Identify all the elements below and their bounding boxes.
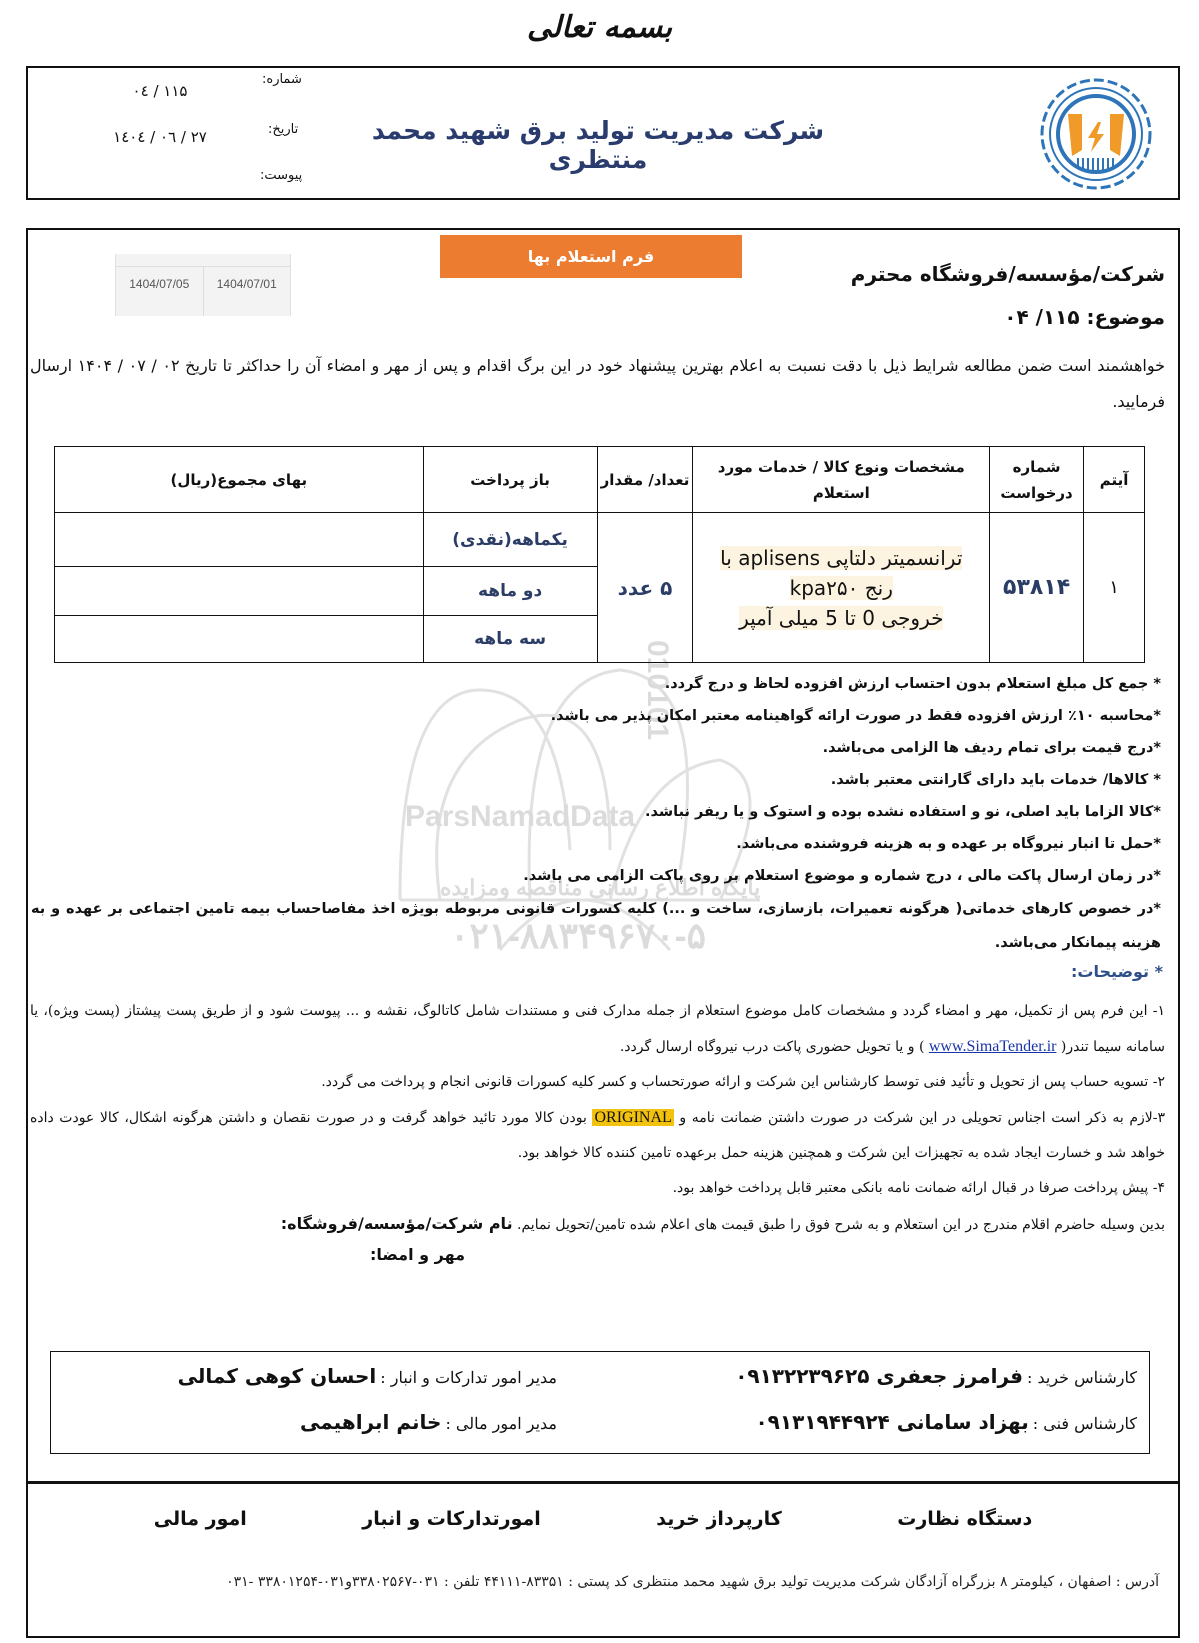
explanations-title: * توضیحات: <box>1071 962 1163 981</box>
letter-date: ۱٤۰٤ / ۰٦ / ۲۷ <box>80 128 240 146</box>
total-price-field-1[interactable] <box>55 513 424 567</box>
explanations-list: ۱- این فرم پس از تکمیل، مهر و امضاء گردد… <box>30 994 1165 1243</box>
condition-item: * جمع کل مبلغ استعلام بدون احتساب ارزش ا… <box>31 668 1161 700</box>
condition-item: * کالاها/ خدمات باید دارای گارانتی معتبر… <box>31 764 1161 796</box>
condition-item: *در زمان ارسال پاکت مالی ، درج شماره و م… <box>31 860 1161 892</box>
description-line: ترانسمیتر دلتاپی aplisens با <box>720 546 962 570</box>
condition-item: *کالا الزاما باید اصلی، نو و استفاده نشد… <box>31 796 1161 828</box>
condition-item: *درج قیمت برای تمام ردیف ها الزامی می‌با… <box>31 732 1161 764</box>
subject-line: موضوع: ۱۱۵/ ۰۴ <box>1004 305 1165 329</box>
item-quantity: ۵ عدد <box>597 513 693 663</box>
explanation-item-3: ۳-لازم به ذکر است اجناس تحویلی در این شر… <box>30 1100 1165 1171</box>
form-title-banner: فرم استعلام بها <box>440 235 742 278</box>
company-name-field-label: نام شرکت/مؤسسه/فروشگاه: <box>281 1214 513 1233</box>
request-number: ۵۳۸۱۴ <box>990 513 1084 663</box>
col-header-description: مشخصات ونوع کالا / خدمات مورد استعلام <box>693 447 990 513</box>
inquiry-items-table: آیتم شماره درخواست مشخصات ونوع کالا / خد… <box>54 446 1145 663</box>
explanation-item-4: ۴- پیش پرداخت صرفا در قبال ارائه ضمانت ن… <box>30 1171 1165 1206</box>
explanation-item-1: ۱- این فرم پس از تکمیل، مهر و امضاء گردد… <box>30 994 1165 1065</box>
bismillah-heading: بسمه تعالی <box>0 10 1199 45</box>
payment-option-3: سه ماهه <box>423 616 597 663</box>
buyer-contact: کارشناس خرید : فرامرز جعفری ۰۹۱۳۲۲۳۹۶۲۵ <box>735 1364 1137 1388</box>
explanation-item-2: ۲- تسویه حساب پس از تحویل و تأئید فنی تو… <box>30 1065 1165 1100</box>
description-line: خروجی 0 تا 5 میلی آمپر <box>739 606 943 630</box>
dept-supply: امورتدارکات و انبار <box>362 1508 540 1530</box>
item-description: ترانسمیتر دلتاپی aplisens با رنج kpa۲۵۰ … <box>693 513 990 663</box>
seal-signature-label: مهر و امضا: <box>370 1245 465 1264</box>
date-stamps: 1404/07/05 1404/07/01 <box>115 254 291 316</box>
date-stamp: 1404/07/05 <box>116 266 203 316</box>
dept-supervision: دستگاه نظارت <box>897 1508 1032 1530</box>
table-header-row: آیتم شماره درخواست مشخصات ونوع کالا / خد… <box>55 447 1145 513</box>
conditions-list: * جمع کل مبلغ استعلام بدون احتساب ارزش ا… <box>31 668 1161 960</box>
condition-item: *در خصوص کارهای خدماتی( هرگونه تعمیرات، … <box>31 892 1161 960</box>
contacts-box: کارشناس خرید : فرامرز جعفری ۰۹۱۳۲۲۳۹۶۲۵ … <box>50 1351 1150 1454</box>
addressee: شرکت/مؤسسه/فروشگاه محترم <box>851 262 1165 286</box>
company-name: شرکت مدیریت تولید برق شهید محمد منتظری <box>328 116 868 174</box>
dept-purchasing: کارپرداز خرید <box>656 1508 782 1530</box>
total-price-field-3[interactable] <box>55 616 424 663</box>
condition-item: *حمل تا انبار نیروگاه بر عهده و به هزینه… <box>31 828 1161 860</box>
date-stamp: 1404/07/01 <box>203 266 291 316</box>
col-header-payment-term: باز پرداخت <box>423 447 597 513</box>
supply-manager-contact: مدیر امور تدارکات و انبار : احسان کوهی ک… <box>178 1364 557 1388</box>
simatender-link[interactable]: www.SimaTender.ir <box>929 1038 1057 1055</box>
letter-number: ۰٤ / ۱۱۵ <box>80 82 240 100</box>
attachment-label: پیوست: <box>260 168 302 183</box>
table-row: ۱ ۵۳۸۱۴ ترانسمیتر دلتاپی aplisens با رنج… <box>55 513 1145 567</box>
payment-option-2: دو ماهه <box>423 567 597 616</box>
number-label: شماره: <box>262 72 302 87</box>
letterhead: شرکت مدیریت تولید برق شهید محمد منتظری ش… <box>26 66 1180 200</box>
item-number: ۱ <box>1084 513 1145 663</box>
payment-option-1: یکماهه(نقدی) <box>423 513 597 567</box>
condition-item: *محاسبه ۱۰٪ ارزش افزوده فقط در صورت ارائ… <box>31 700 1161 732</box>
intro-paragraph: خواهشمند است ضمن مطالعه شرایط ذیل با دقت… <box>30 348 1165 420</box>
total-price-field-2[interactable] <box>55 567 424 616</box>
col-header-quantity: تعداد/ مقدار <box>597 447 693 513</box>
technical-contact: کارشناس فنی : بهزاد سامانی ۰۹۱۳۱۹۴۴۹۲۴ <box>755 1410 1137 1434</box>
col-header-total-price: بهای مجموع(ریال) <box>55 447 424 513</box>
company-address: آدرس : اصفهان ، کیلومتر ۸ بزرگراه آزادگا… <box>50 1574 1159 1590</box>
power-plant-logo-icon <box>1038 76 1154 192</box>
col-header-item: آیتم <box>1084 447 1145 513</box>
department-signatures: دستگاه نظارت کارپرداز خرید امورتدارکات و… <box>26 1508 1180 1530</box>
col-header-request-no: شماره درخواست <box>990 447 1084 513</box>
date-label: تاریخ: <box>268 122 298 137</box>
description-line: رنج kpa۲۵۰ <box>790 576 893 600</box>
dept-finance: امور مالی <box>154 1508 247 1530</box>
declaration: بدین وسیله حاضرم اقلام مندرج در این استع… <box>30 1206 1165 1243</box>
finance-manager-contact: مدیر امور مالی : خانم ابراهیمی <box>300 1410 557 1434</box>
original-highlight: ORIGINAL <box>592 1109 673 1126</box>
